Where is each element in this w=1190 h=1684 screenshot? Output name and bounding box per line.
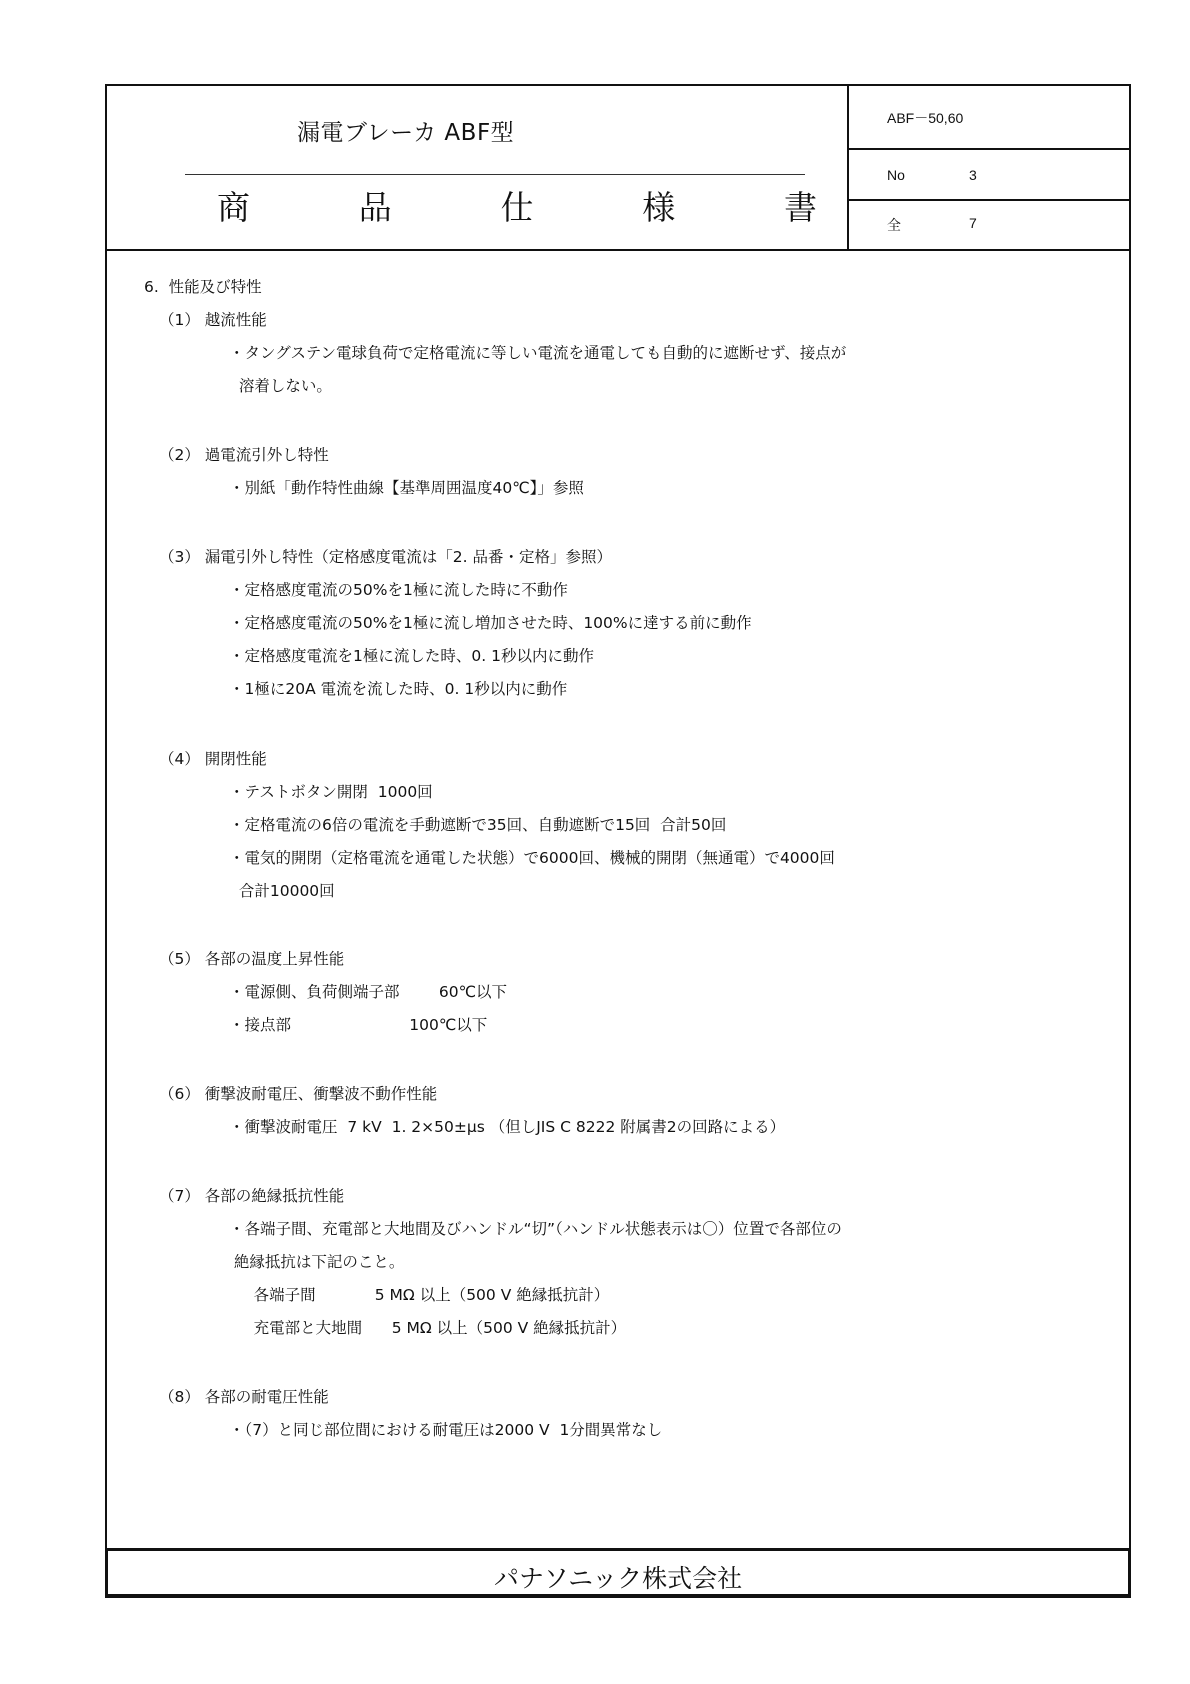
title-char: 書 <box>784 182 817 229</box>
item-line: ・別紙「動作特性曲線【基準周囲温度40℃】」参照 <box>229 476 584 498</box>
item-line: ・電気的開閉（定格電流を通電した状態）で6000回、機械的開閉（無通電）で400… <box>229 846 835 868</box>
document-title: 商 品 仕 様 書 <box>217 182 817 229</box>
item-line: ・接点部 100℃以下 <box>229 1013 487 1035</box>
footer-company-box: パナソニック株式会社 <box>105 1548 1131 1598</box>
model-number: ABF－50,60 <box>887 108 963 128</box>
item-line: ・各端子間、充電部と大地間及びハンドル“切”（ハンドル状態表示は〇）位置で各部位… <box>229 1217 842 1239</box>
total-pages-label: 全 <box>887 215 901 235</box>
meta-block: ABF－50,60 No 3 全 7 <box>849 86 1129 249</box>
item-heading: （8） 各部の耐電圧性能 <box>159 1385 329 1407</box>
title-char: 品 <box>359 182 392 229</box>
total-pages-cell: 全 7 <box>849 201 1129 249</box>
item-line: ・衝撃波耐電圧 7 kV 1. 2×50±μs （但しJIS C 8222 附属… <box>229 1115 785 1137</box>
page-number-label: No <box>887 167 905 183</box>
item-line: 絶縁抵抗は下記のこと。 <box>229 1250 404 1272</box>
item-line: ・電源側、負荷側端子部 60℃以下 <box>229 980 507 1002</box>
item-line: ・1極に20A 電流を流した時、0. 1秒以内に動作 <box>229 677 567 699</box>
title-divider <box>185 174 805 175</box>
model-cell: ABF－50,60 <box>849 86 1129 150</box>
item-heading: （5） 各部の温度上昇性能 <box>159 947 344 969</box>
total-pages-value: 7 <box>969 215 977 231</box>
item-line: ・（7）と同じ部位間における耐電圧は2000 V 1分間異常なし <box>229 1418 662 1440</box>
item-line: ・タングステン電球負荷で定格電流に等しい電流を通電しても自動的に遮断せず、接点が <box>229 341 846 363</box>
item-line: 合計10000回 <box>229 879 335 901</box>
item-heading: （7） 各部の絶縁抵抗性能 <box>159 1184 344 1206</box>
item-line: ・定格感度電流の50%を1極に流した時に不動作 <box>229 578 568 600</box>
item-line: 充電部と大地間 5 MΩ 以上（500 V 絶縁抵抗計） <box>229 1316 626 1338</box>
company-name: パナソニック株式会社 <box>108 1559 1128 1595</box>
item-line: ・定格電流の6倍の電流を手動遮断で35回、自動遮断で15回 合計50回 <box>229 813 726 835</box>
item-heading: （4） 開閉性能 <box>159 747 267 769</box>
item-line: 溶着しない。 <box>229 374 332 396</box>
title-char: 商 <box>217 182 250 229</box>
item-heading: （1） 越流性能 <box>159 308 267 330</box>
title-char: 仕 <box>501 182 534 229</box>
product-name: 漏電ブレーカ ABF型 <box>297 114 514 147</box>
item-line: ・定格感度電流の50%を1極に流し増加させた時、100%に達する前に動作 <box>229 611 752 633</box>
page-number-cell: No 3 <box>849 150 1129 201</box>
title-char: 様 <box>642 182 675 229</box>
item-heading: （6） 衝撃波耐電圧、衝撃波不動作性能 <box>159 1082 437 1104</box>
title-block: 漏電ブレーカ ABF型 商 品 仕 様 書 <box>107 86 849 249</box>
item-heading: （3） 漏電引外し特性（定格感度電流は「2. 品番・定格」参照） <box>159 545 612 567</box>
item-line: ・テストボタン開閉 1000回 <box>229 780 433 802</box>
document-frame: 漏電ブレーカ ABF型 商 品 仕 様 書 ABF－50,60 No 3 全 7 <box>105 84 1131 1596</box>
section-title: 6. 性能及び特性 <box>144 275 262 297</box>
item-heading: （2） 過電流引外し特性 <box>159 443 329 465</box>
page-number-value: 3 <box>969 167 977 183</box>
item-line: 各端子間 5 MΩ 以上（500 V 絶縁抵抗計） <box>229 1283 609 1305</box>
document-header: 漏電ブレーカ ABF型 商 品 仕 様 書 ABF－50,60 No 3 全 7 <box>107 86 1129 251</box>
item-line: ・定格感度電流を1極に流した時、0. 1秒以内に動作 <box>229 644 594 666</box>
